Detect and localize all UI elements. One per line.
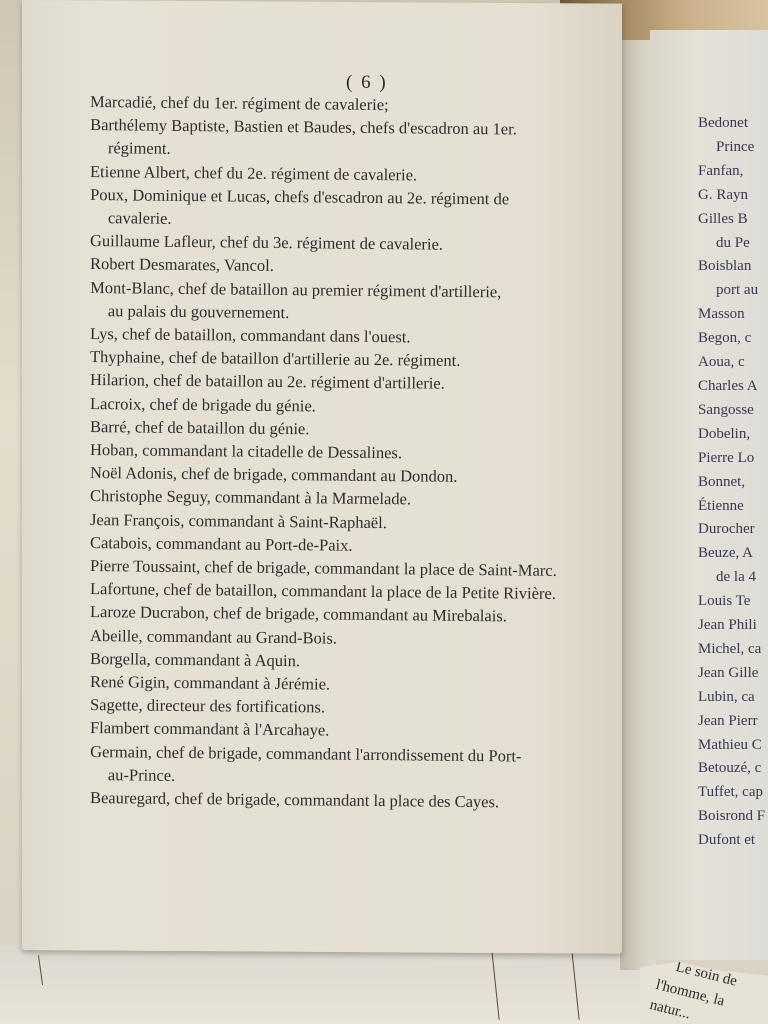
list-item: G. Rayn: [698, 184, 768, 208]
list-item: Begon, c: [698, 327, 768, 351]
entry-text: Abeille, commandant au Grand-Bois.: [90, 626, 337, 648]
list-item: Tuffet, cap: [698, 781, 768, 805]
entry-text: Flambert commandant à l'Arcahaye.: [90, 718, 330, 740]
list-item: Michel, ca: [698, 638, 768, 662]
entry-text: Christophe Seguy, commandant à la Marmel…: [90, 486, 411, 508]
entry-text: Pierre Toussaint, chef de brigade, comma…: [90, 556, 557, 580]
underlying-manuscript-sheet: [0, 945, 640, 1024]
list-item: Jean Phili: [698, 614, 768, 638]
list-item: Jean Pierr: [698, 710, 768, 734]
ink-stroke: [38, 955, 43, 985]
entry-text: Barré, chef de bataillon du génie.: [90, 417, 310, 438]
entry-text: Lys, chef de bataillon, commandant dans …: [90, 324, 411, 346]
list-item: Bedonet: [698, 112, 768, 136]
entry-text: Catabois, commandant au Port-de-Paix.: [90, 533, 353, 555]
entry-text: Sagette, directeur des fortifications.: [90, 695, 325, 716]
list-item: Masson: [698, 303, 768, 327]
list-item: Étienne: [698, 495, 768, 519]
entry-text: Germain, chef de brigade, commandant l'a…: [90, 742, 522, 766]
entry-text: Guillaume Lafleur, chef du 3e. régiment …: [90, 231, 443, 254]
entry-list: Marcadié, chef du 1er. régiment de caval…: [90, 90, 630, 809]
list-item: Durocher: [698, 518, 768, 542]
list-item: Aoua, c: [698, 351, 768, 375]
list-item: Boisrond F: [698, 805, 768, 829]
entry-text: Hilarion, chef de bataillon au 2e. régim…: [90, 370, 445, 393]
entry-text: Mont-Blanc, chef de bataillon au premier…: [90, 278, 501, 301]
list-item: Lubin, ca: [698, 686, 768, 710]
list-item: Mont-Blanc, chef de bataillon au premier…: [90, 276, 630, 328]
entry-text: Laroze Ducrabon, chef de brigade, comman…: [90, 602, 507, 625]
list-item: Fanfan,: [698, 160, 768, 184]
entry-text: Hoban, commandant la citadelle de Dessal…: [90, 440, 402, 462]
entry-text: Robert Desmarates, Vancol.: [90, 254, 274, 275]
entry-text: Lafortune, chef de bataillon, commandant…: [90, 579, 556, 603]
ink-stroke: [491, 950, 499, 1020]
list-item: Betouzé, c: [698, 757, 768, 781]
entry-text: Lacroix, chef de brigade du génie.: [90, 394, 316, 415]
entry-text: Noël Adonis, chef de brigade, commandant…: [90, 463, 458, 486]
list-item: Germain, chef de brigade, commandant l'a…: [90, 740, 630, 792]
list-item: Sangosse: [698, 399, 768, 423]
list-item: Bonnet,: [698, 471, 768, 495]
entry-text: Barthélemy Baptiste, Bastien et Baudes, …: [90, 115, 517, 138]
list-item: Beuze, A: [698, 542, 768, 566]
list-item: Pierre Lo: [698, 447, 768, 471]
entry-text: Poux, Dominique et Lucas, chefs d'escadr…: [90, 185, 509, 208]
list-item: Jean Gille: [698, 662, 768, 686]
list-item: Poux, Dominique et Lucas, chefs d'escadr…: [90, 183, 630, 235]
entry-text: Borgella, commandant à Aquin.: [90, 649, 300, 670]
list-item: port au: [698, 279, 768, 303]
list-item: Dufont et: [698, 829, 768, 853]
entry-text: René Gigin, commandant à Jérémie.: [90, 672, 330, 694]
list-item: Gilles B: [698, 208, 768, 232]
ink-stroke: [571, 950, 579, 1020]
list-item: de la 4: [698, 566, 768, 590]
list-item: Charles A: [698, 375, 768, 399]
list-item: Dobelin,: [698, 423, 768, 447]
entry-text: Etienne Albert, chef du 2e. régiment de …: [90, 162, 417, 184]
entry-text: Thyphaine, chef de bataillon d'artilleri…: [90, 347, 461, 370]
entry-text: Marcadié, chef du 1er. régiment de caval…: [90, 92, 389, 114]
list-item: du Pe: [698, 232, 768, 256]
list-item: Mathieu C: [698, 734, 768, 758]
list-item: Prince: [698, 136, 768, 160]
entry-text: Beauregard, chef de brigade, commandant …: [90, 788, 499, 811]
right-page-text: BedonetPrinceFanfan,G. RaynGilles Bdu Pe…: [698, 112, 768, 853]
list-item: Louis Te: [698, 590, 768, 614]
list-item: Barthélemy Baptiste, Bastien et Baudes, …: [90, 113, 630, 165]
entry-text: Jean François, commandant à Saint-Raphaë…: [90, 510, 387, 532]
list-item: Boisblan: [698, 255, 768, 279]
